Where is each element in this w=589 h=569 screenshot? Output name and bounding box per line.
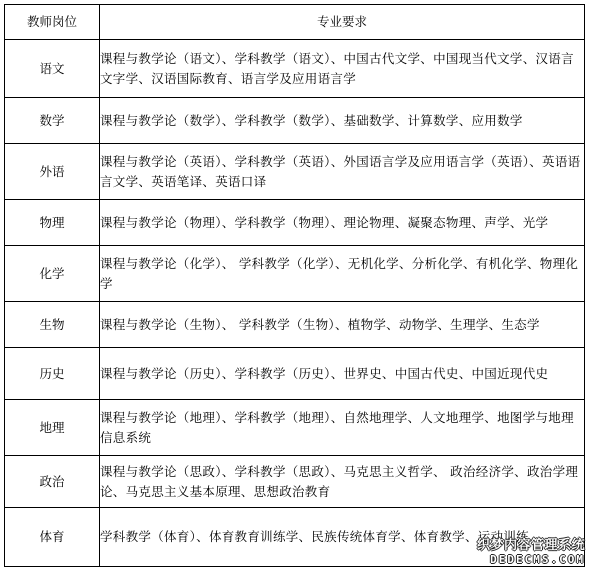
table-row: 政治 课程与教学论（思政）、学科教学（思政）、马克思主义哲学、 政治经济学、政治…	[5, 456, 585, 508]
post-cell: 物理	[5, 200, 100, 246]
requirement-cell: 课程与教学论（物理）、学科教学（物理）、理论物理、凝聚态物理、声学、光学	[100, 200, 585, 246]
post-cell: 数学	[5, 98, 100, 144]
table-row: 化学 课程与教学论（化学）、 学科教学（化学）、无机化学、分析化学、有机化学、物…	[5, 246, 585, 302]
table-row: 历史 课程与教学论（历史）、学科教学（历史）、世界史、中国古代史、中国近现代史	[5, 348, 585, 400]
requirement-cell: 课程与教学论（地理）、学科教学（地理）、自然地理学、人文地理学、地图学与地理信息…	[100, 400, 585, 456]
requirement-cell: 课程与教学论（英语）、学科教学（英语）、外国语言学及应用语言学（英语）、英语语言…	[100, 144, 585, 200]
post-cell: 外语	[5, 144, 100, 200]
table-row: 外语 课程与教学论（英语）、学科教学（英语）、外国语言学及应用语言学（英语）、英…	[5, 144, 585, 200]
post-cell: 历史	[5, 348, 100, 400]
major-requirements-table: 教师岗位 专业要求 语文 课程与教学论（语文）、学科教学（语文）、中国古代文学、…	[4, 4, 585, 567]
post-cell: 地理	[5, 400, 100, 456]
post-cell: 体育	[5, 508, 100, 567]
requirement-cell: 课程与教学论（生物）、 学科教学（生物）、植物学、动物学、生理学、生态学	[100, 302, 585, 348]
watermark-text-cn: 织梦内容管理系统	[477, 539, 585, 552]
dedecms-watermark: 织梦内容管理系统 DEDECMS.COM	[477, 539, 585, 565]
post-cell: 政治	[5, 456, 100, 508]
watermark-text-en: DEDECMS.COM	[477, 554, 585, 565]
requirement-cell: 课程与教学论（语文）、学科教学（语文）、中国古代文学、中国现当代文学、汉语言文字…	[100, 40, 585, 98]
table-row: 语文 课程与教学论（语文）、学科教学（语文）、中国古代文学、中国现当代文学、汉语…	[5, 40, 585, 98]
table-row: 物理 课程与教学论（物理）、学科教学（物理）、理论物理、凝聚态物理、声学、光学	[5, 200, 585, 246]
header-major-requirement: 专业要求	[100, 5, 585, 40]
table-row: 地理 课程与教学论（地理）、学科教学（地理）、自然地理学、人文地理学、地图学与地…	[5, 400, 585, 456]
post-cell: 生物	[5, 302, 100, 348]
requirement-cell: 课程与教学论（历史）、学科教学（历史）、世界史、中国古代史、中国近现代史	[100, 348, 585, 400]
table-body: 语文 课程与教学论（语文）、学科教学（语文）、中国古代文学、中国现当代文学、汉语…	[5, 40, 585, 567]
requirement-cell: 课程与教学论（化学）、 学科教学（化学）、无机化学、分析化学、有机化学、物理化学	[100, 246, 585, 302]
table-header-row: 教师岗位 专业要求	[5, 5, 585, 40]
table-row: 数学 课程与教学论（数学）、学科教学（数学）、基础数学、计算数学、应用数学	[5, 98, 585, 144]
requirement-cell: 课程与教学论（数学）、学科教学（数学）、基础数学、计算数学、应用数学	[100, 98, 585, 144]
table-row: 生物 课程与教学论（生物）、 学科教学（生物）、植物学、动物学、生理学、生态学	[5, 302, 585, 348]
header-teacher-post: 教师岗位	[5, 5, 100, 40]
requirement-cell: 课程与教学论（思政）、学科教学（思政）、马克思主义哲学、 政治经济学、政治学理论…	[100, 456, 585, 508]
post-cell: 化学	[5, 246, 100, 302]
post-cell: 语文	[5, 40, 100, 98]
